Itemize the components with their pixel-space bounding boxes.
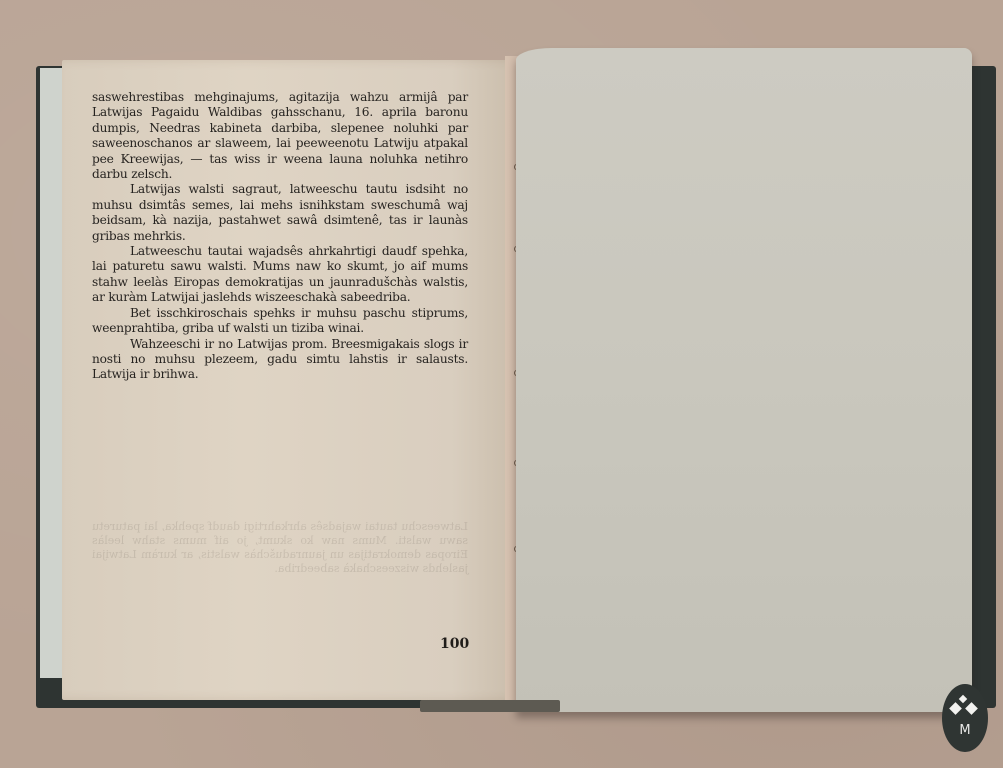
bleed-through-text: Latweeschu tautai wajadsês ahrkahrtigi d… (92, 520, 468, 576)
watermark-letter: M (959, 724, 970, 738)
folk-flower-monogram-icon (950, 698, 980, 718)
paragraph: Latwijas walsti sagraut, latweeschu taut… (92, 182, 468, 244)
paragraph: Bet isschkiroschais spehks ir muhsu pasc… (92, 306, 468, 337)
spine-tape (420, 700, 560, 712)
watermark-badge: M (942, 684, 988, 752)
paragraph: saswehrestibas mehginajums, agitazija wa… (92, 90, 468, 182)
page-number: 100 (440, 636, 469, 652)
page-text: saswehrestibas mehginajums, agitazija wa… (92, 90, 468, 383)
paragraph: Latweeschu tautai wajadsês ahrkahrtigi d… (92, 244, 468, 306)
right-page-blank (516, 48, 972, 712)
paragraph: Wahzeeschi ir no Latwijas prom. Breesmig… (92, 337, 468, 383)
